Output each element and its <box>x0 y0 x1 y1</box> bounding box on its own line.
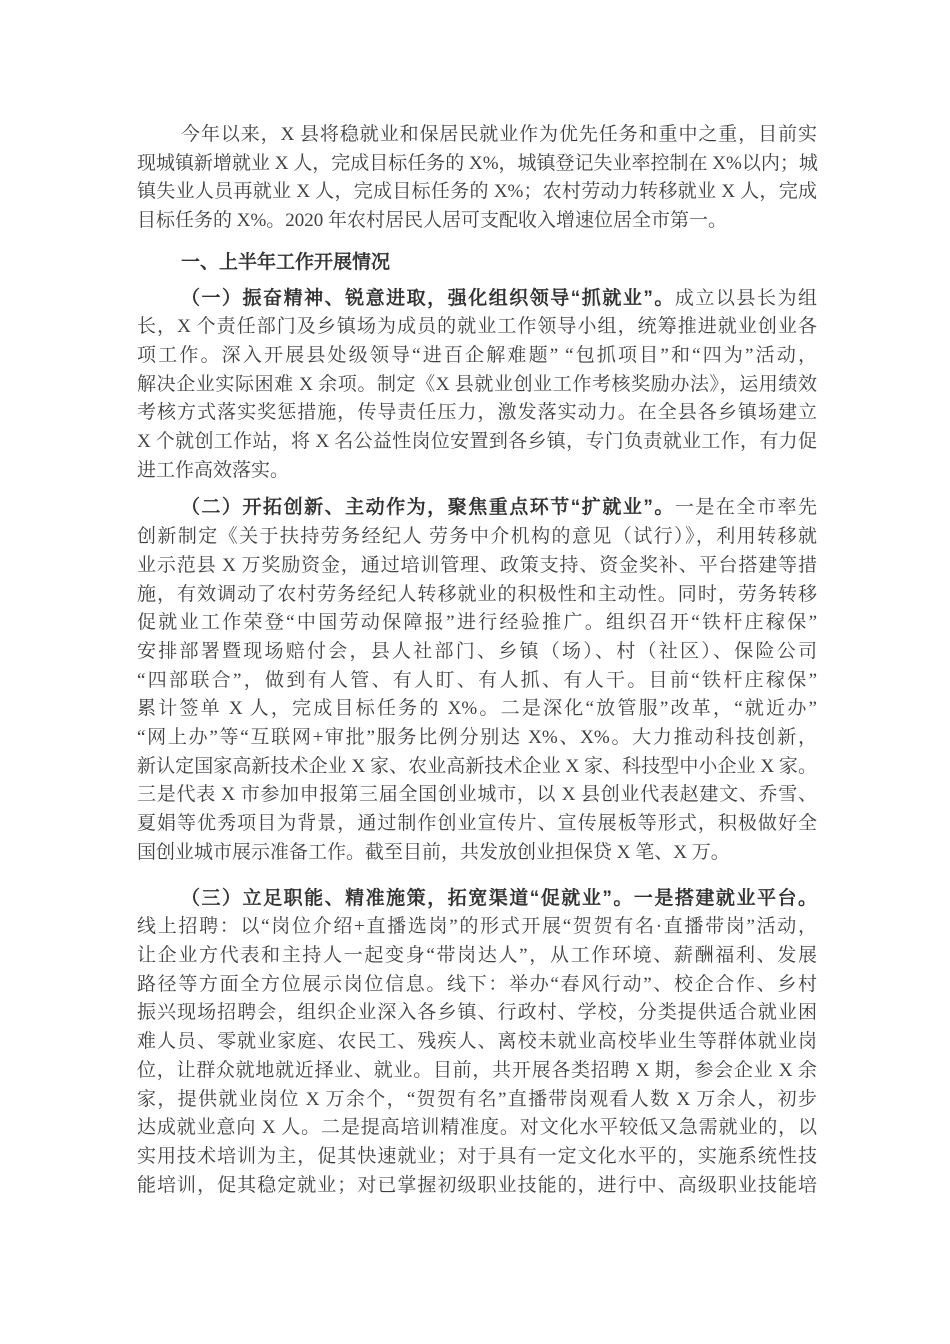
body-text-segment: 能培训，促其稳定就业；对已掌握初级职业技能的，进行中、高级职业技能培 <box>137 1175 817 1196</box>
body-text-segment: 安排部署暨现场赔付会，县人社部门、乡镇（场）、村（社区）、保险公司 <box>137 641 817 662</box>
body-text-segment: 达成就业意向 X 人。二是提高培训精准度。对文化水平较低又急需就业的，以 <box>137 1117 817 1138</box>
text-line: 位，让群众就地就近择业、就业。目前，共开展各类招聘 X 期，参会企业 X 余 <box>137 1057 817 1086</box>
body-text-segment: 一是在全市率先 <box>675 497 817 518</box>
body-text-segment: 夏娟等优秀项目为背景，通过制作创业宣传片、宣传展板等形式，积极做好全 <box>137 813 817 834</box>
body-text-segment: 家，提供就业岗位 X 万余个，“贺贺有名”直播带岗观看人数 X 万余人，初步 <box>137 1089 817 1110</box>
text-line: 让企业方代表和主持人一起变身“带岗达人”，从工作环境、薪酬福利、发展 <box>137 942 817 971</box>
subsection-paragraph-3: （三）立足职能、精准施策，拓宽渠道“促就业”。一是搭建就业平台。线上招聘：以“岗… <box>137 885 817 1201</box>
text-line: 路径等方面全方位展示岗位信息。线下：举办“春风行动”、校企合作、乡村 <box>137 971 817 1000</box>
section-heading: 一、上半年工作开展情况 <box>137 249 817 278</box>
body-text-segment: 长，X 个责任部门及乡镇场为成员的就业工作领导小组，统筹推进就业创业各 <box>137 316 817 337</box>
text-line: 解决企业实际困难 X 余项。制定《X 县就业创业工作考核奖励办法》，运用绩效 <box>137 371 817 400</box>
body-text-segment: 施，有效调动了农村劳务经纪人转移就业的积极性和主动性。同时，劳务转移 <box>137 584 817 605</box>
text-line: 线上招聘：以“岗位介绍+直播选岗”的形式开展“贺贺有名·直播带岗”活动， <box>137 913 817 942</box>
text-line: 一、上半年工作开展情况 <box>137 249 817 278</box>
body-text-segment: 三是代表 X 市参加申报第三届全国创业城市，以 X 县创业代表赵建文、乔雪、 <box>137 784 817 805</box>
text-line: 现城镇新增就业 X 人，完成目标任务的 X%，城镇登记失业率控制在 X%以内；城 <box>137 150 817 179</box>
body-text-segment: 目标任务的 X%。2020 年农村居民人居可支配收入增速位居全市第一。 <box>137 210 727 231</box>
text-line: “网上办”等“互联网+审批”服务比例分别达 X%、X%。大力推动科技创新， <box>137 724 817 753</box>
text-line: 今年以来，X 县将稳就业和保居民就业作为优先任务和重中之重，目前实 <box>137 121 817 150</box>
text-line: 安排部署暨现场赔付会，县人社部门、乡镇（场）、村（社区）、保险公司 <box>137 638 817 667</box>
body-text-segment: 难人员、零就业家庭、农民工、残疾人、离校未就业高校毕业生等群体就业岗 <box>137 1031 817 1052</box>
text-line: 国创业城市展示准备工作。截至目前，共发放创业担保贷 X 笔、X 万。 <box>137 839 817 868</box>
subsection-paragraph-2: （二）开拓创新、主动作为，聚焦重点环节“扩就业”。一是在全市率先创新制定《关于扶… <box>137 494 817 867</box>
body-text-segment: 促就业工作荣登“中国劳动保障报”进行经验推广。组织召开“铁杆庄稼保” <box>137 612 817 633</box>
body-text-segment: 实用技术培训为主，促其快速就业；对于具有一定文化水平的，实施系统性技 <box>137 1146 817 1167</box>
text-line: 夏娟等优秀项目为背景，通过制作创业宣传片、宣传展板等形式，积极做好全 <box>137 810 817 839</box>
body-text-segment: 项工作。深入开展县处级领导“进百企解难题” “包抓项目”和“四为”活动， <box>137 345 817 366</box>
text-line: （一）振奋精神、锐意进取，强化组织领导“抓就业”。成立以县长为组 <box>137 285 817 314</box>
text-line: （三）立足职能、精准施策，拓宽渠道“促就业”。一是搭建就业平台。 <box>137 885 817 914</box>
text-line: 家，提供就业岗位 X 万余个，“贺贺有名”直播带岗观看人数 X 万余人，初步 <box>137 1086 817 1115</box>
text-line: “四部联合”，做到有人管、有人盯、有人抓、有人干。目前“铁杆庄稼保” <box>137 667 817 696</box>
body-text-segment: 成立以县长为组 <box>675 288 817 309</box>
subsection-paragraph-1: （一）振奋精神、锐意进取，强化组织领导“抓就业”。成立以县长为组长，X 个责任部… <box>137 285 817 486</box>
body-text-segment: 业示范县 X 万奖励资金，通过培训管理、政策支持、资金奖补、平台搭建等措 <box>137 555 817 576</box>
body-text-segment: 镇失业人员再就业 X 人，完成目标任务的 X%；农村劳动力转移就业 X 人，完成 <box>137 181 817 202</box>
text-line: 能培训，促其稳定就业；对已掌握初级职业技能的，进行中、高级职业技能培 <box>137 1172 817 1201</box>
text-line: 长，X 个责任部门及乡镇场为成员的就业工作领导小组，统筹推进就业创业各 <box>137 313 817 342</box>
text-line: 施，有效调动了农村劳务经纪人转移就业的积极性和主动性。同时，劳务转移 <box>137 581 817 610</box>
body-text-segment: 创新制定《关于扶持劳务经纪人 劳务中介机构的意见（试行）》，利用转移就 <box>137 526 817 547</box>
text-line: （二）开拓创新、主动作为，聚焦重点环节“扩就业”。一是在全市率先 <box>137 494 817 523</box>
body-text-segment: “网上办”等“互联网+审批”服务比例分别达 X%、X%。大力推动科技创新， <box>137 727 817 748</box>
text-line: 振兴现场招聘会，组织企业深入各乡镇、行政村、学校，分类提供适合就业困 <box>137 999 817 1028</box>
body-text-segment: 新认定国家高新技术企业 X 家、农业高新技术企业 X 家、科技型中小企业 X 家… <box>137 756 817 777</box>
text-line: 创新制定《关于扶持劳务经纪人 劳务中介机构的意见（试行）》，利用转移就 <box>137 523 817 552</box>
body-text-segment: 考核方式落实奖惩措施，传导责任压力，激发落实动力。在全县各乡镇场建立 <box>137 402 817 423</box>
page: { "page": { "background": "#ffffff", "te… <box>0 0 950 1344</box>
body-text-segment: 今年以来，X 县将稳就业和保居民就业作为优先任务和重中之重，目前实 <box>181 124 817 145</box>
body-text-segment: 解决企业实际困难 X 余项。制定《X 县就业创业工作考核奖励办法》，运用绩效 <box>137 374 817 395</box>
body-text-segment: 累计签单 X 人，完成目标任务的 X%。二是深化“放管服”改革，“就近办” <box>137 698 817 719</box>
document-body: 今年以来，X 县将稳就业和保居民就业作为优先任务和重中之重，目前实现城镇新增就业… <box>0 0 950 1344</box>
text-line: 镇失业人员再就业 X 人，完成目标任务的 X%；农村劳动力转移就业 X 人，完成 <box>137 178 817 207</box>
text-line: 考核方式落实奖惩措施，传导责任压力，激发落实动力。在全县各乡镇场建立 <box>137 399 817 428</box>
text-line: 业示范县 X 万奖励资金，通过培训管理、政策支持、资金奖补、平台搭建等措 <box>137 552 817 581</box>
bold-text-segment: 一、上半年工作开展情况 <box>181 252 390 273</box>
text-line: 项工作。深入开展县处级领导“进百企解难题” “包抓项目”和“四为”活动， <box>137 342 817 371</box>
body-text-segment: “四部联合”，做到有人管、有人盯、有人抓、有人干。目前“铁杆庄稼保” <box>137 670 817 691</box>
body-text-segment: 线上招聘：以“岗位介绍+直播选岗”的形式开展“贺贺有名·直播带岗”活动， <box>137 916 817 937</box>
body-text-segment: 让企业方代表和主持人一起变身“带岗达人”，从工作环境、薪酬福利、发展 <box>137 945 817 966</box>
text-line: 目标任务的 X%。2020 年农村居民人居可支配收入增速位居全市第一。 <box>137 207 817 236</box>
text-line: 三是代表 X 市参加申报第三届全国创业城市，以 X 县创业代表赵建文、乔雪、 <box>137 781 817 810</box>
body-text-segment: X 个就创工作站，将 X 名公益性岗位安置到各乡镇，专门负责就业工作，有力促 <box>137 431 817 452</box>
text-line: 达成就业意向 X 人。二是提高培训精准度。对文化水平较低又急需就业的，以 <box>137 1114 817 1143</box>
text-line: 促就业工作荣登“中国劳动保障报”进行经验推广。组织召开“铁杆庄稼保” <box>137 609 817 638</box>
text-line: 累计签单 X 人，完成目标任务的 X%。二是深化“放管服”改革，“就近办” <box>137 695 817 724</box>
body-text-segment: 进工作高效落实。 <box>137 460 289 481</box>
body-text-segment: 路径等方面全方位展示岗位信息。线下：举办“春风行动”、校企合作、乡村 <box>137 974 817 995</box>
bold-text-segment: （二）开拓创新、主动作为，聚焦重点环节“扩就业”。 <box>181 497 675 518</box>
body-text-segment: 位，让群众就地就近择业、就业。目前，共开展各类招聘 X 期，参会企业 X 余 <box>137 1060 817 1081</box>
text-line: 新认定国家高新技术企业 X 家、农业高新技术企业 X 家、科技型中小企业 X 家… <box>137 753 817 782</box>
text-line: 难人员、零就业家庭、农民工、残疾人、离校未就业高校毕业生等群体就业岗 <box>137 1028 817 1057</box>
bold-text-segment: （三）立足职能、精准施策，拓宽渠道“促就业”。一是搭建就业平台。 <box>181 888 817 909</box>
body-text-segment: 国创业城市展示准备工作。截至目前，共发放创业担保贷 X 笔、X 万。 <box>137 842 730 863</box>
bold-text-segment: （一）振奋精神、锐意进取，强化组织领导“抓就业”。 <box>181 288 675 309</box>
intro-paragraph: 今年以来，X 县将稳就业和保居民就业作为优先任务和重中之重，目前实现城镇新增就业… <box>137 121 817 236</box>
body-text-segment: 振兴现场招聘会，组织企业深入各乡镇、行政村、学校，分类提供适合就业困 <box>137 1002 817 1023</box>
text-line: 进工作高效落实。 <box>137 457 817 486</box>
text-line: X 个就创工作站，将 X 名公益性岗位安置到各乡镇，专门负责就业工作，有力促 <box>137 428 817 457</box>
body-text-segment: 现城镇新增就业 X 人，完成目标任务的 X%，城镇登记失业率控制在 X%以内；城 <box>137 153 818 174</box>
text-line: 实用技术培训为主，促其快速就业；对于具有一定文化水平的，实施系统性技 <box>137 1143 817 1172</box>
